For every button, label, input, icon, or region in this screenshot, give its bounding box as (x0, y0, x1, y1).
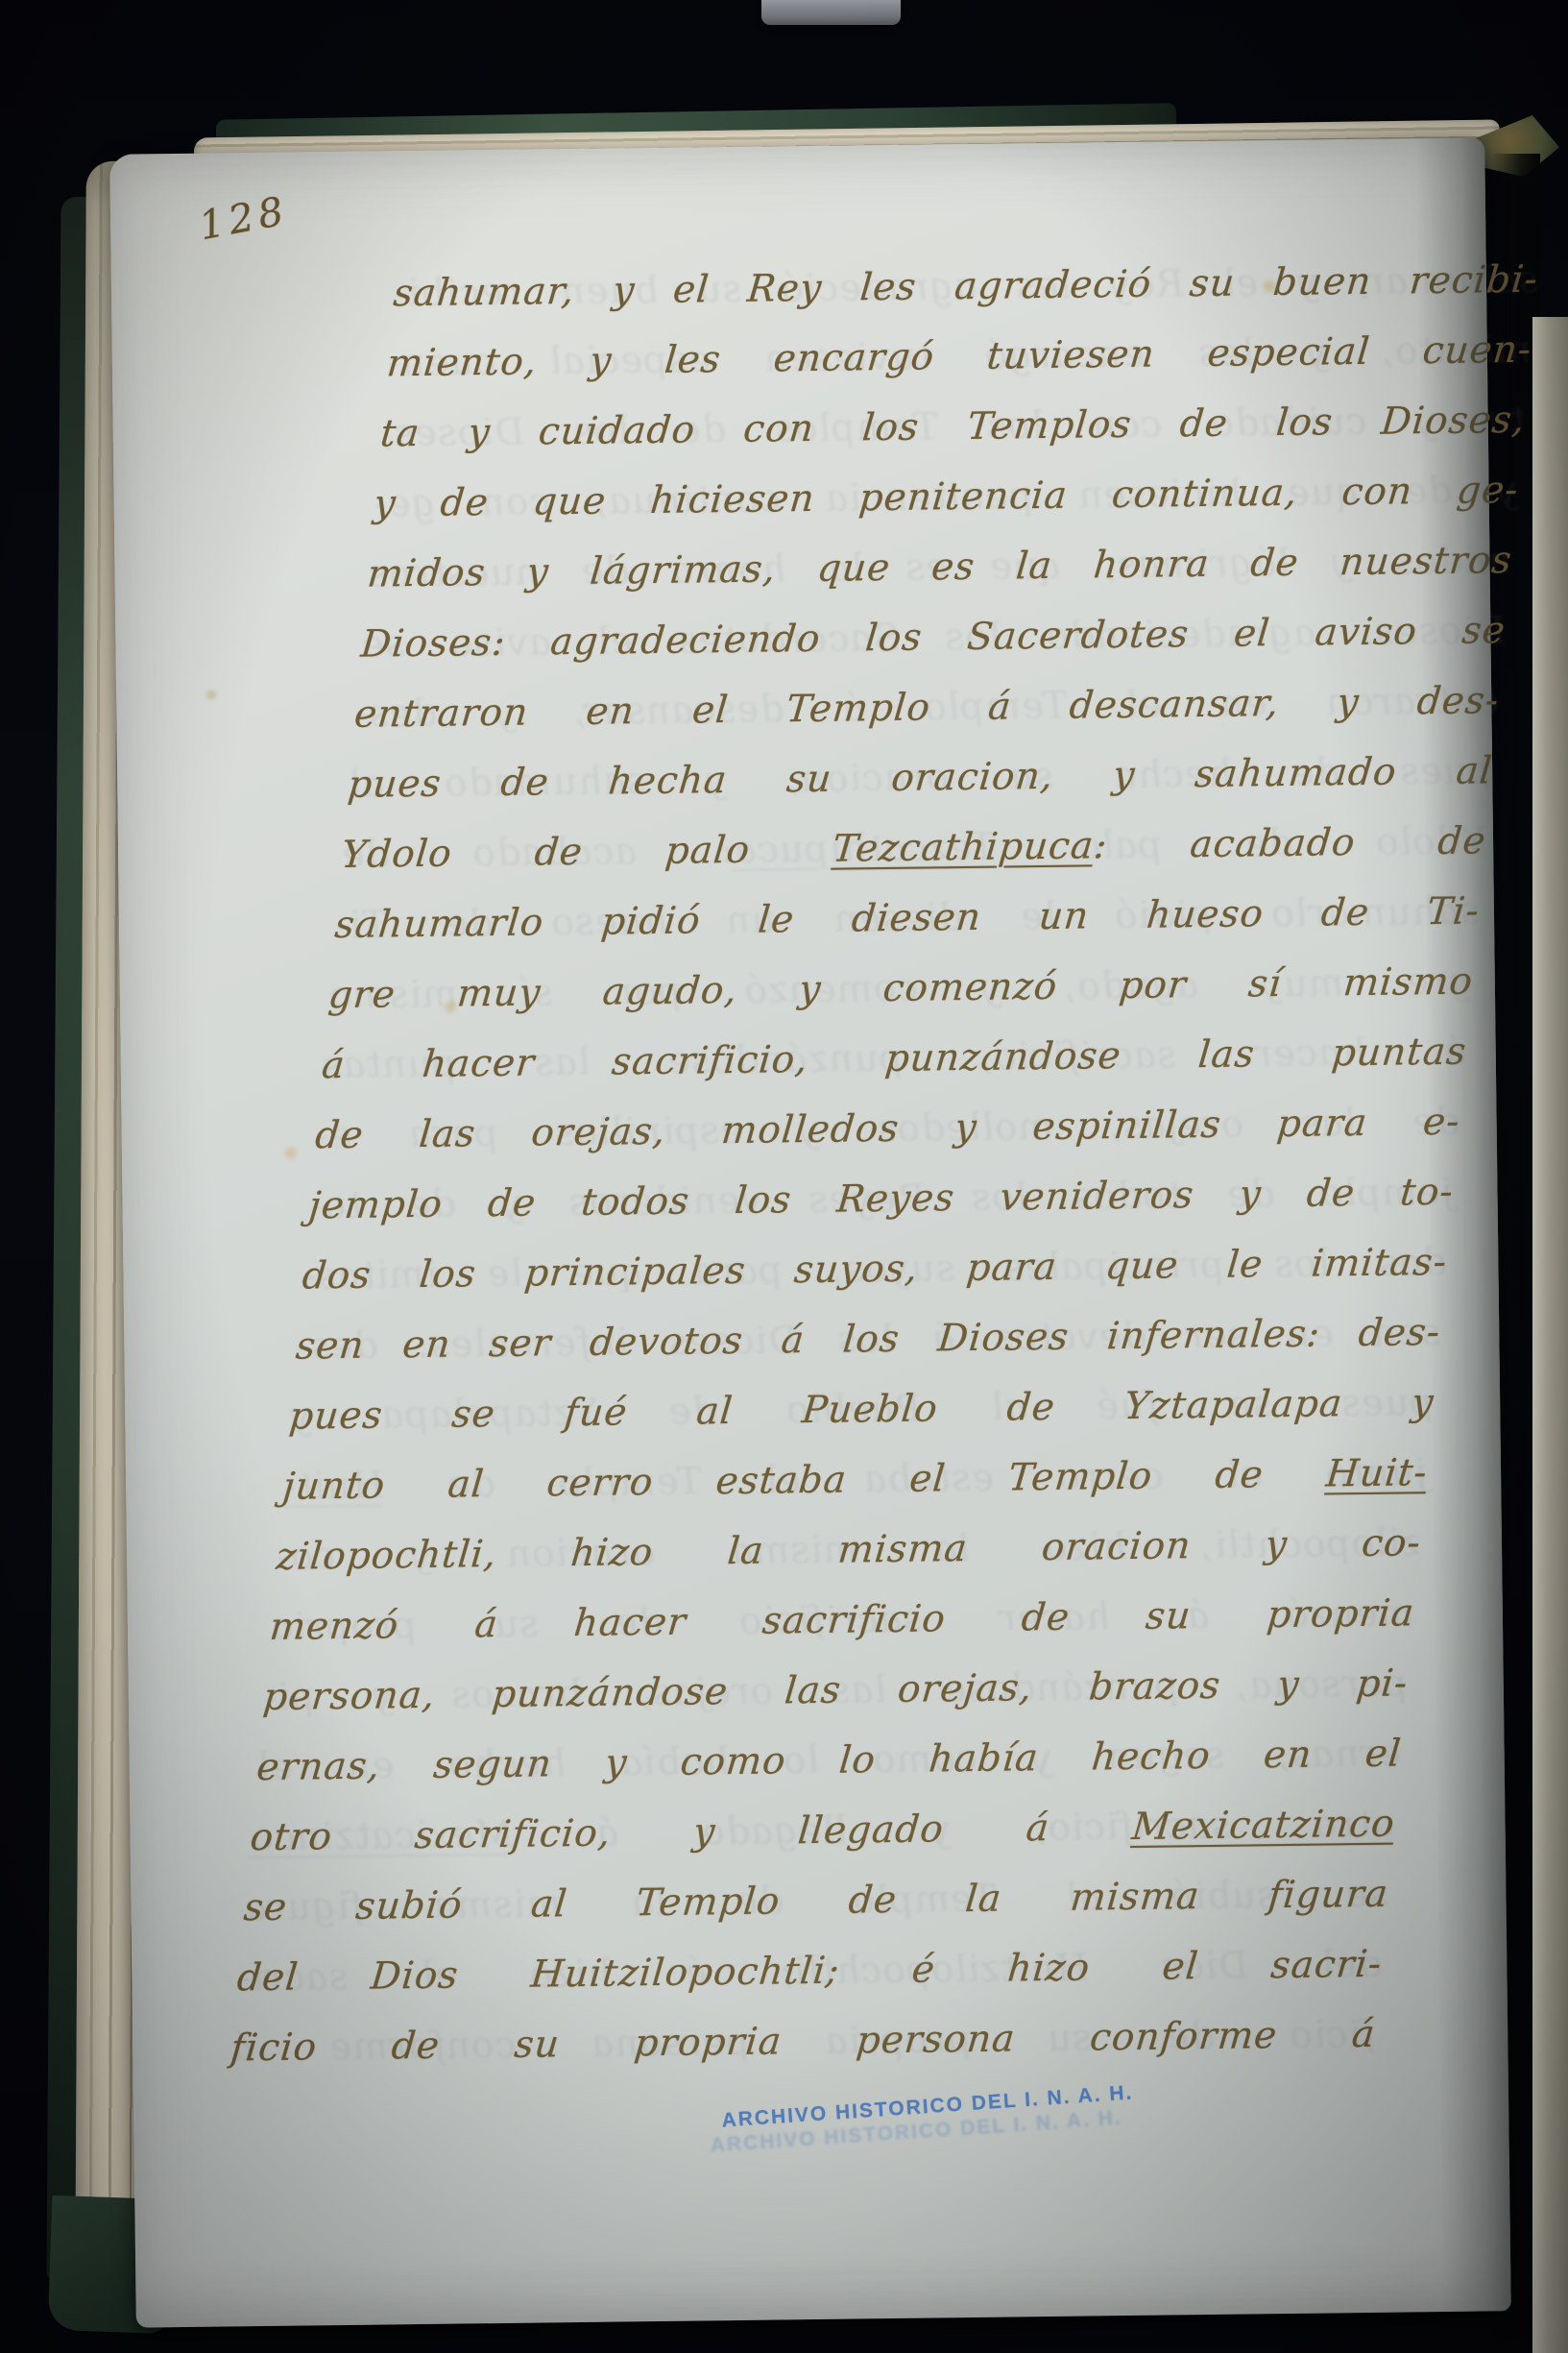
page-number: 128 (195, 187, 292, 249)
cloth-strip (761, 0, 901, 25)
foxing-spots (109, 155, 117, 162)
manuscript-text: sahumar, y el Rey les agradeció su buen … (228, 245, 1541, 2084)
manuscript-page: 128 sahumar, y el Rey les agradeció su b… (109, 137, 1511, 2327)
photo-background: 128 sahumar, y el Rey les agradeció su b… (0, 0, 1568, 2353)
manuscript-line: ficio de su propria persona conforme á (228, 2000, 1379, 2084)
facing-page-edge (1532, 317, 1568, 2353)
